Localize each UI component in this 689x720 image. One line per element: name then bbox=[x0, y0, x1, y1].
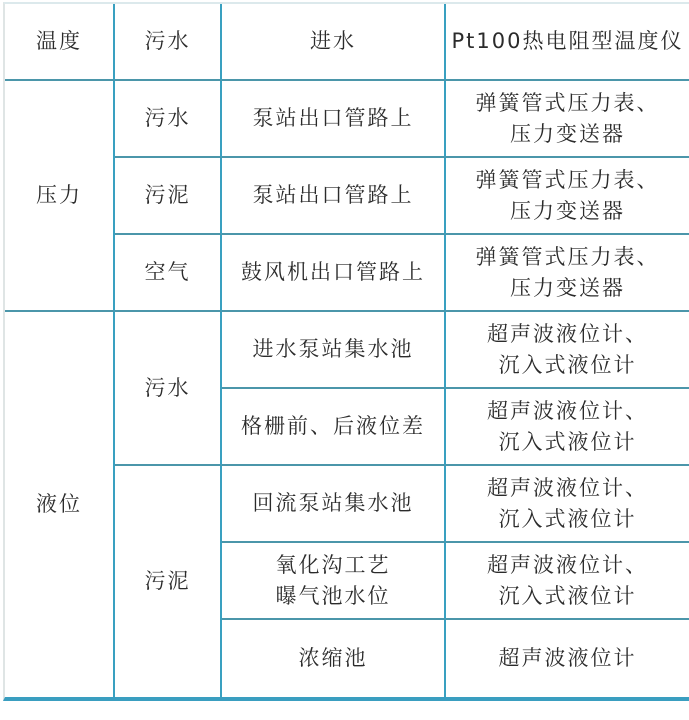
location-label: 泵站出口管路上 bbox=[226, 180, 440, 211]
table-row: 温度 污水 进水 Pt100热电阻型温度仪 bbox=[5, 4, 689, 81]
instrument-cell: 弹簧管式压力表、 压力变送器 bbox=[446, 81, 689, 158]
parameter-label: 压力 bbox=[9, 180, 109, 211]
location-cell: 进水泵站集水池 bbox=[222, 312, 446, 389]
instrument-label: 沉入式液位计 bbox=[450, 427, 685, 458]
parameter-cell: 液位 bbox=[5, 312, 115, 697]
location-cell: 鼓风机出口管路上 bbox=[222, 235, 446, 312]
medium-cell: 污水 bbox=[115, 4, 222, 81]
instrument-label: 弹簧管式压力表、 bbox=[450, 88, 685, 119]
location-cell: 进水 bbox=[222, 4, 446, 81]
instrument-label: 沉入式液位计 bbox=[450, 350, 685, 381]
instrument-label: 沉入式液位计 bbox=[450, 581, 685, 612]
instrument-label: 压力变送器 bbox=[450, 273, 685, 304]
medium-cell: 污泥 bbox=[115, 158, 222, 235]
parameter-label: 液位 bbox=[9, 489, 109, 520]
location-cell: 浓缩池 bbox=[222, 620, 446, 697]
location-cell: 泵站出口管路上 bbox=[222, 158, 446, 235]
medium-label: 空气 bbox=[119, 257, 216, 288]
location-cell: 泵站出口管路上 bbox=[222, 81, 446, 158]
instrument-label: Pt100热电阻型温度仪 bbox=[450, 26, 685, 57]
location-cell: 格栅前、后液位差 bbox=[222, 389, 446, 466]
medium-cell: 污泥 bbox=[115, 466, 222, 697]
location-cell: 回流泵站集水池 bbox=[222, 466, 446, 543]
instrument-label: 超声波液位计 bbox=[450, 643, 685, 674]
location-label: 浓缩池 bbox=[226, 643, 440, 674]
medium-cell: 空气 bbox=[115, 235, 222, 312]
instrument-cell: 弹簧管式压力表、 压力变送器 bbox=[446, 235, 689, 312]
instrument-label: 压力变送器 bbox=[450, 196, 685, 227]
medium-label: 污水 bbox=[119, 373, 216, 404]
screenshot-frame: 温度 污水 进水 Pt100热电阻型温度仪 压力 污水 泵站出口管路上 bbox=[0, 0, 689, 720]
location-label: 泵站出口管路上 bbox=[226, 103, 440, 134]
instrument-label: 超声波液位计、 bbox=[450, 396, 685, 427]
medium-label: 污泥 bbox=[119, 180, 216, 211]
instrument-label: 压力变送器 bbox=[450, 119, 685, 150]
location-label: 进水泵站集水池 bbox=[226, 334, 440, 365]
instrument-config-table: 温度 污水 进水 Pt100热电阻型温度仪 压力 污水 泵站出口管路上 bbox=[3, 2, 689, 701]
medium-cell: 污水 bbox=[115, 81, 222, 158]
instrument-label: 弹簧管式压力表、 bbox=[450, 242, 685, 273]
table-row: 压力 污水 泵站出口管路上 弹簧管式压力表、 压力变送器 bbox=[5, 81, 689, 158]
location-label: 回流泵站集水池 bbox=[226, 488, 440, 519]
instrument-label: 超声波液位计、 bbox=[450, 550, 685, 581]
medium-label: 污水 bbox=[119, 103, 216, 134]
instrument-cell: 超声波液位计 bbox=[446, 620, 689, 697]
instrument-label: 超声波液位计、 bbox=[450, 473, 685, 504]
instrument-cell: 超声波液位计、 沉入式液位计 bbox=[446, 389, 689, 466]
medium-cell: 污水 bbox=[115, 312, 222, 466]
location-label: 氧化沟工艺 bbox=[226, 550, 440, 581]
instrument-cell: 超声波液位计、 沉入式液位计 bbox=[446, 543, 689, 620]
location-label: 鼓风机出口管路上 bbox=[226, 257, 440, 288]
instrument-label: 超声波液位计、 bbox=[450, 319, 685, 350]
instrument-label: 沉入式液位计 bbox=[450, 504, 685, 535]
table-row: 液位 污水 进水泵站集水池 超声波液位计、 沉入式液位计 bbox=[5, 312, 689, 389]
location-label: 曝气池水位 bbox=[226, 581, 440, 612]
parameter-cell: 温度 bbox=[5, 4, 115, 81]
location-cell: 氧化沟工艺 曝气池水位 bbox=[222, 543, 446, 620]
instrument-cell: 弹簧管式压力表、 压力变送器 bbox=[446, 158, 689, 235]
location-label: 格栅前、后液位差 bbox=[226, 411, 440, 442]
location-label: 进水 bbox=[226, 26, 440, 57]
instrument-label: 弹簧管式压力表、 bbox=[450, 165, 685, 196]
parameter-label: 温度 bbox=[9, 26, 109, 57]
medium-label: 污泥 bbox=[119, 566, 216, 597]
medium-label: 污水 bbox=[119, 26, 216, 57]
instrument-cell: 超声波液位计、 沉入式液位计 bbox=[446, 466, 689, 543]
parameter-cell: 压力 bbox=[5, 81, 115, 312]
instrument-cell: Pt100热电阻型温度仪 bbox=[446, 4, 689, 81]
instrument-cell: 超声波液位计、 沉入式液位计 bbox=[446, 312, 689, 389]
